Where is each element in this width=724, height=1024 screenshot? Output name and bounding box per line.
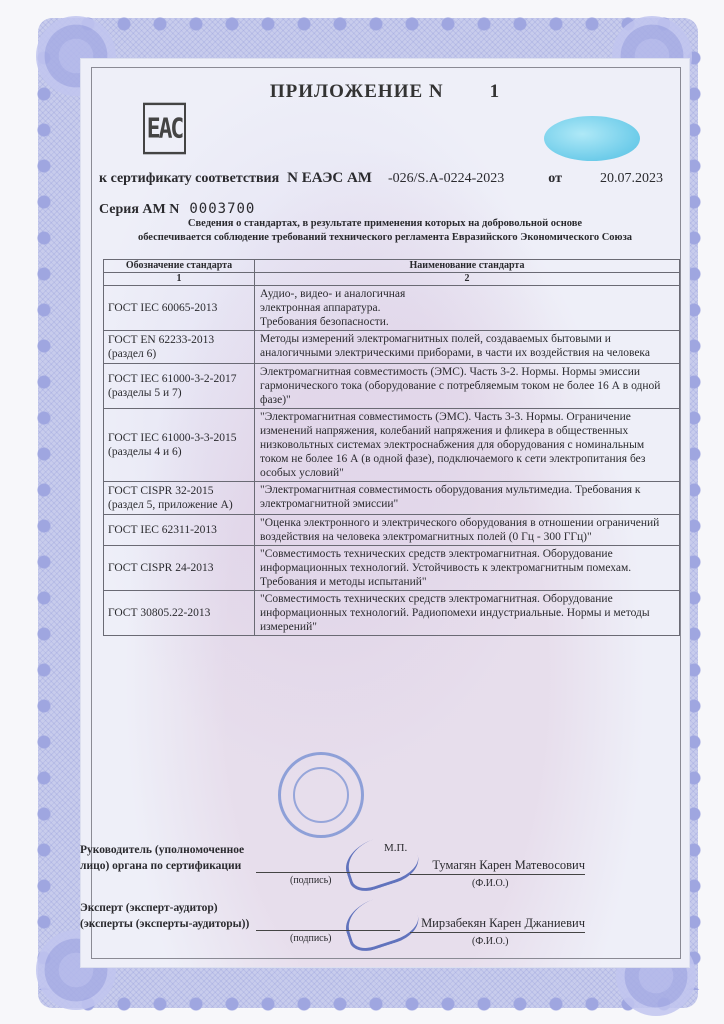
head-name: Тумагян Карен Матевосович [410,858,585,875]
table-row: ГОСТ IEC 61000-3-3-2015 (разделы 4 и 6)"… [104,409,680,482]
head-role-line-2: лицо) органа по сертификации [80,858,244,874]
signature-line [256,872,400,873]
expert-signature-row: Эксперт (эксперт-аудитор) (эксперты (экс… [80,900,600,960]
expert-name: Мирзабекян Карен Джаниевич [410,916,585,933]
eac-logo-icon: EAC [143,103,186,155]
standard-name: Методы измерений электромагнитных полей,… [255,331,680,364]
standard-code: ГОСТ CISPR 32-2015 (раздел 5, приложение… [104,482,255,515]
official-stamp [278,752,364,838]
intro-line-2: обеспечивается соблюдение требований тех… [81,231,689,245]
standard-name: "Электромагнитная совместимость (ЭМС). Ч… [255,409,680,482]
certificate-reference: к сертификату соответствия N ЕАЭС AM -02… [99,170,675,187]
head-signature-row: Руководитель (уполномоченное лицо) орган… [80,842,600,902]
expert-role-line-2: (эксперты (эксперты-аудиторы)) [80,916,249,932]
certificate-sheet: ПРИЛОЖЕНИЕ N1 EAC к сертификату соответс… [80,58,690,968]
table-row: ГОСТ 30805.22-2013"Совместимость техниче… [104,591,680,636]
page-title: ПРИЛОЖЕНИЕ N1 [81,81,689,103]
column-header-name: Наименование стандарта [255,260,680,273]
standard-name: "Электромагнитная совместимость оборудов… [255,482,680,515]
standard-code: ГОСТ IEC 61000-3-2-2017 (разделы 5 и 7) [104,364,255,409]
frame-ornament-bottom [70,994,670,1014]
standard-name: Электромагнитная совместимость (ЭМС). Ча… [255,364,680,409]
intro-line-1: Сведения о стандартах, в результате прим… [81,217,689,231]
head-role-line-1: Руководитель (уполномоченное [80,842,244,858]
standard-code: ГОСТ IEC 62311-2013 [104,515,255,546]
standard-name: "Совместимость технических средств элект… [255,591,680,636]
table-row: ГОСТ EN 62233-2013 (раздел 6)Методы изме… [104,331,680,364]
frame-ornament-left [34,40,54,990]
expert-role-line-1: Эксперт (эксперт-аудитор) [80,900,249,916]
column-number-2: 2 [255,273,680,286]
series-number: Серия AM N0003700 [99,201,255,218]
name-caption: (Ф.И.О.) [472,878,509,889]
standards-table: Обозначение стандарта Наименование станд… [103,259,680,636]
table-row: ГОСТ CISPR 32-2015 (раздел 5, приложение… [104,482,680,515]
standard-name: "Совместимость технических средств элект… [255,546,680,591]
column-number-1: 1 [104,273,255,286]
cert-number: -026/S.A-0224-2023 [388,171,504,187]
standard-code: ГОСТ IEC 61000-3-3-2015 (разделы 4 и 6) [104,409,255,482]
appendix-title: ПРИЛОЖЕНИЕ N [270,81,444,102]
standard-name: Аудио-, видео- и аналогичная электронная… [255,286,680,331]
table-row: ГОСТ IEC 62311-2013"Оценка электронного … [104,515,680,546]
signature-caption: (подпись) [290,933,332,944]
cert-date: 20.07.2023 [600,171,663,187]
cert-label: к сертификату соответствия [99,171,279,187]
series-label: Серия AM N [99,202,179,217]
cert-code: N ЕАЭС AM [287,170,372,187]
name-caption: (Ф.И.О.) [472,936,509,947]
standard-code: ГОСТ IEC 60065-2013 [104,286,255,331]
from-label: от [548,171,562,187]
frame-ornament-top [70,14,670,34]
signature-line [256,930,400,931]
column-header-code: Обозначение стандарта [104,260,255,273]
standard-name: "Оценка электронного и электрического об… [255,515,680,546]
expert-role: Эксперт (эксперт-аудитор) (эксперты (экс… [80,900,249,932]
signature-caption: (подпись) [290,875,332,886]
standard-code: ГОСТ 30805.22-2013 [104,591,255,636]
standard-code: ГОСТ EN 62233-2013 (раздел 6) [104,331,255,364]
head-role: Руководитель (уполномоченное лицо) орган… [80,842,244,874]
appendix-number: 1 [490,81,501,102]
series-value: 0003700 [189,201,255,217]
table-row: ГОСТ IEC 60065-2013Аудио-, видео- и анал… [104,286,680,331]
intro-text: Сведения о стандартах, в результате прим… [81,217,689,245]
table-row: ГОСТ CISPR 24-2013"Совместимость техниче… [104,546,680,591]
hologram-sticker [544,116,640,161]
standard-code: ГОСТ CISPR 24-2013 [104,546,255,591]
table-row: ГОСТ IEC 61000-3-2-2017 (разделы 5 и 7)Э… [104,364,680,409]
stamp-place-label: М.П. [384,842,407,854]
